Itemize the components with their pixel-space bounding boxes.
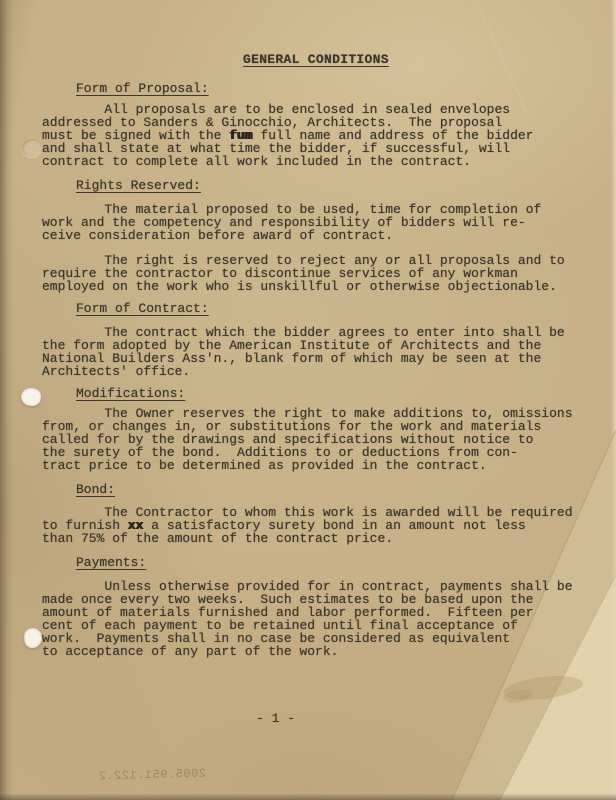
paragraph-form-of-proposal: All proposals are to be enclosed in seal… [42, 103, 590, 168]
section-heading-form-of-proposal: Form of Proposal: [76, 82, 209, 95]
page-number: - 1 - [256, 712, 295, 725]
punch-hole-bottom [23, 627, 43, 649]
paragraph-payments: Unless otherwise provided for in contrac… [42, 580, 590, 658]
punch-hole-middle [20, 387, 42, 408]
document-page: GENERAL CONDITIONS Form of Proposal: All… [0, 0, 616, 800]
scan-edge-left [0, 0, 13, 800]
paragraph-rights-reserved-2: The right is reserved to reject any or a… [42, 254, 590, 293]
section-heading-bond: Bond: [76, 483, 115, 496]
paragraph-rights-reserved-1: The material proposed to be used, time f… [42, 203, 590, 242]
scan-edge-right [611, 0, 616, 800]
scan-edge-bottom [0, 794, 616, 800]
accession-stamp-mirrored: 2005.951.122.2 [96, 768, 206, 783]
section-heading-rights-reserved: Rights Reserved: [76, 179, 201, 192]
section-heading-payments: Payments: [76, 556, 146, 569]
paragraph-form-of-contract: The contract which the bidder agrees to … [42, 326, 590, 378]
document-title: GENERAL CONDITIONS [243, 53, 389, 66]
section-heading-modifications: Modifications: [76, 387, 185, 400]
paragraph-bond: The Contractor to whom this work is awar… [42, 506, 590, 545]
punch-hole-top [22, 139, 41, 157]
paragraph-modifications: The Owner reserves the right to make add… [42, 407, 590, 472]
section-heading-form-of-contract: Form of Contract: [76, 302, 209, 315]
